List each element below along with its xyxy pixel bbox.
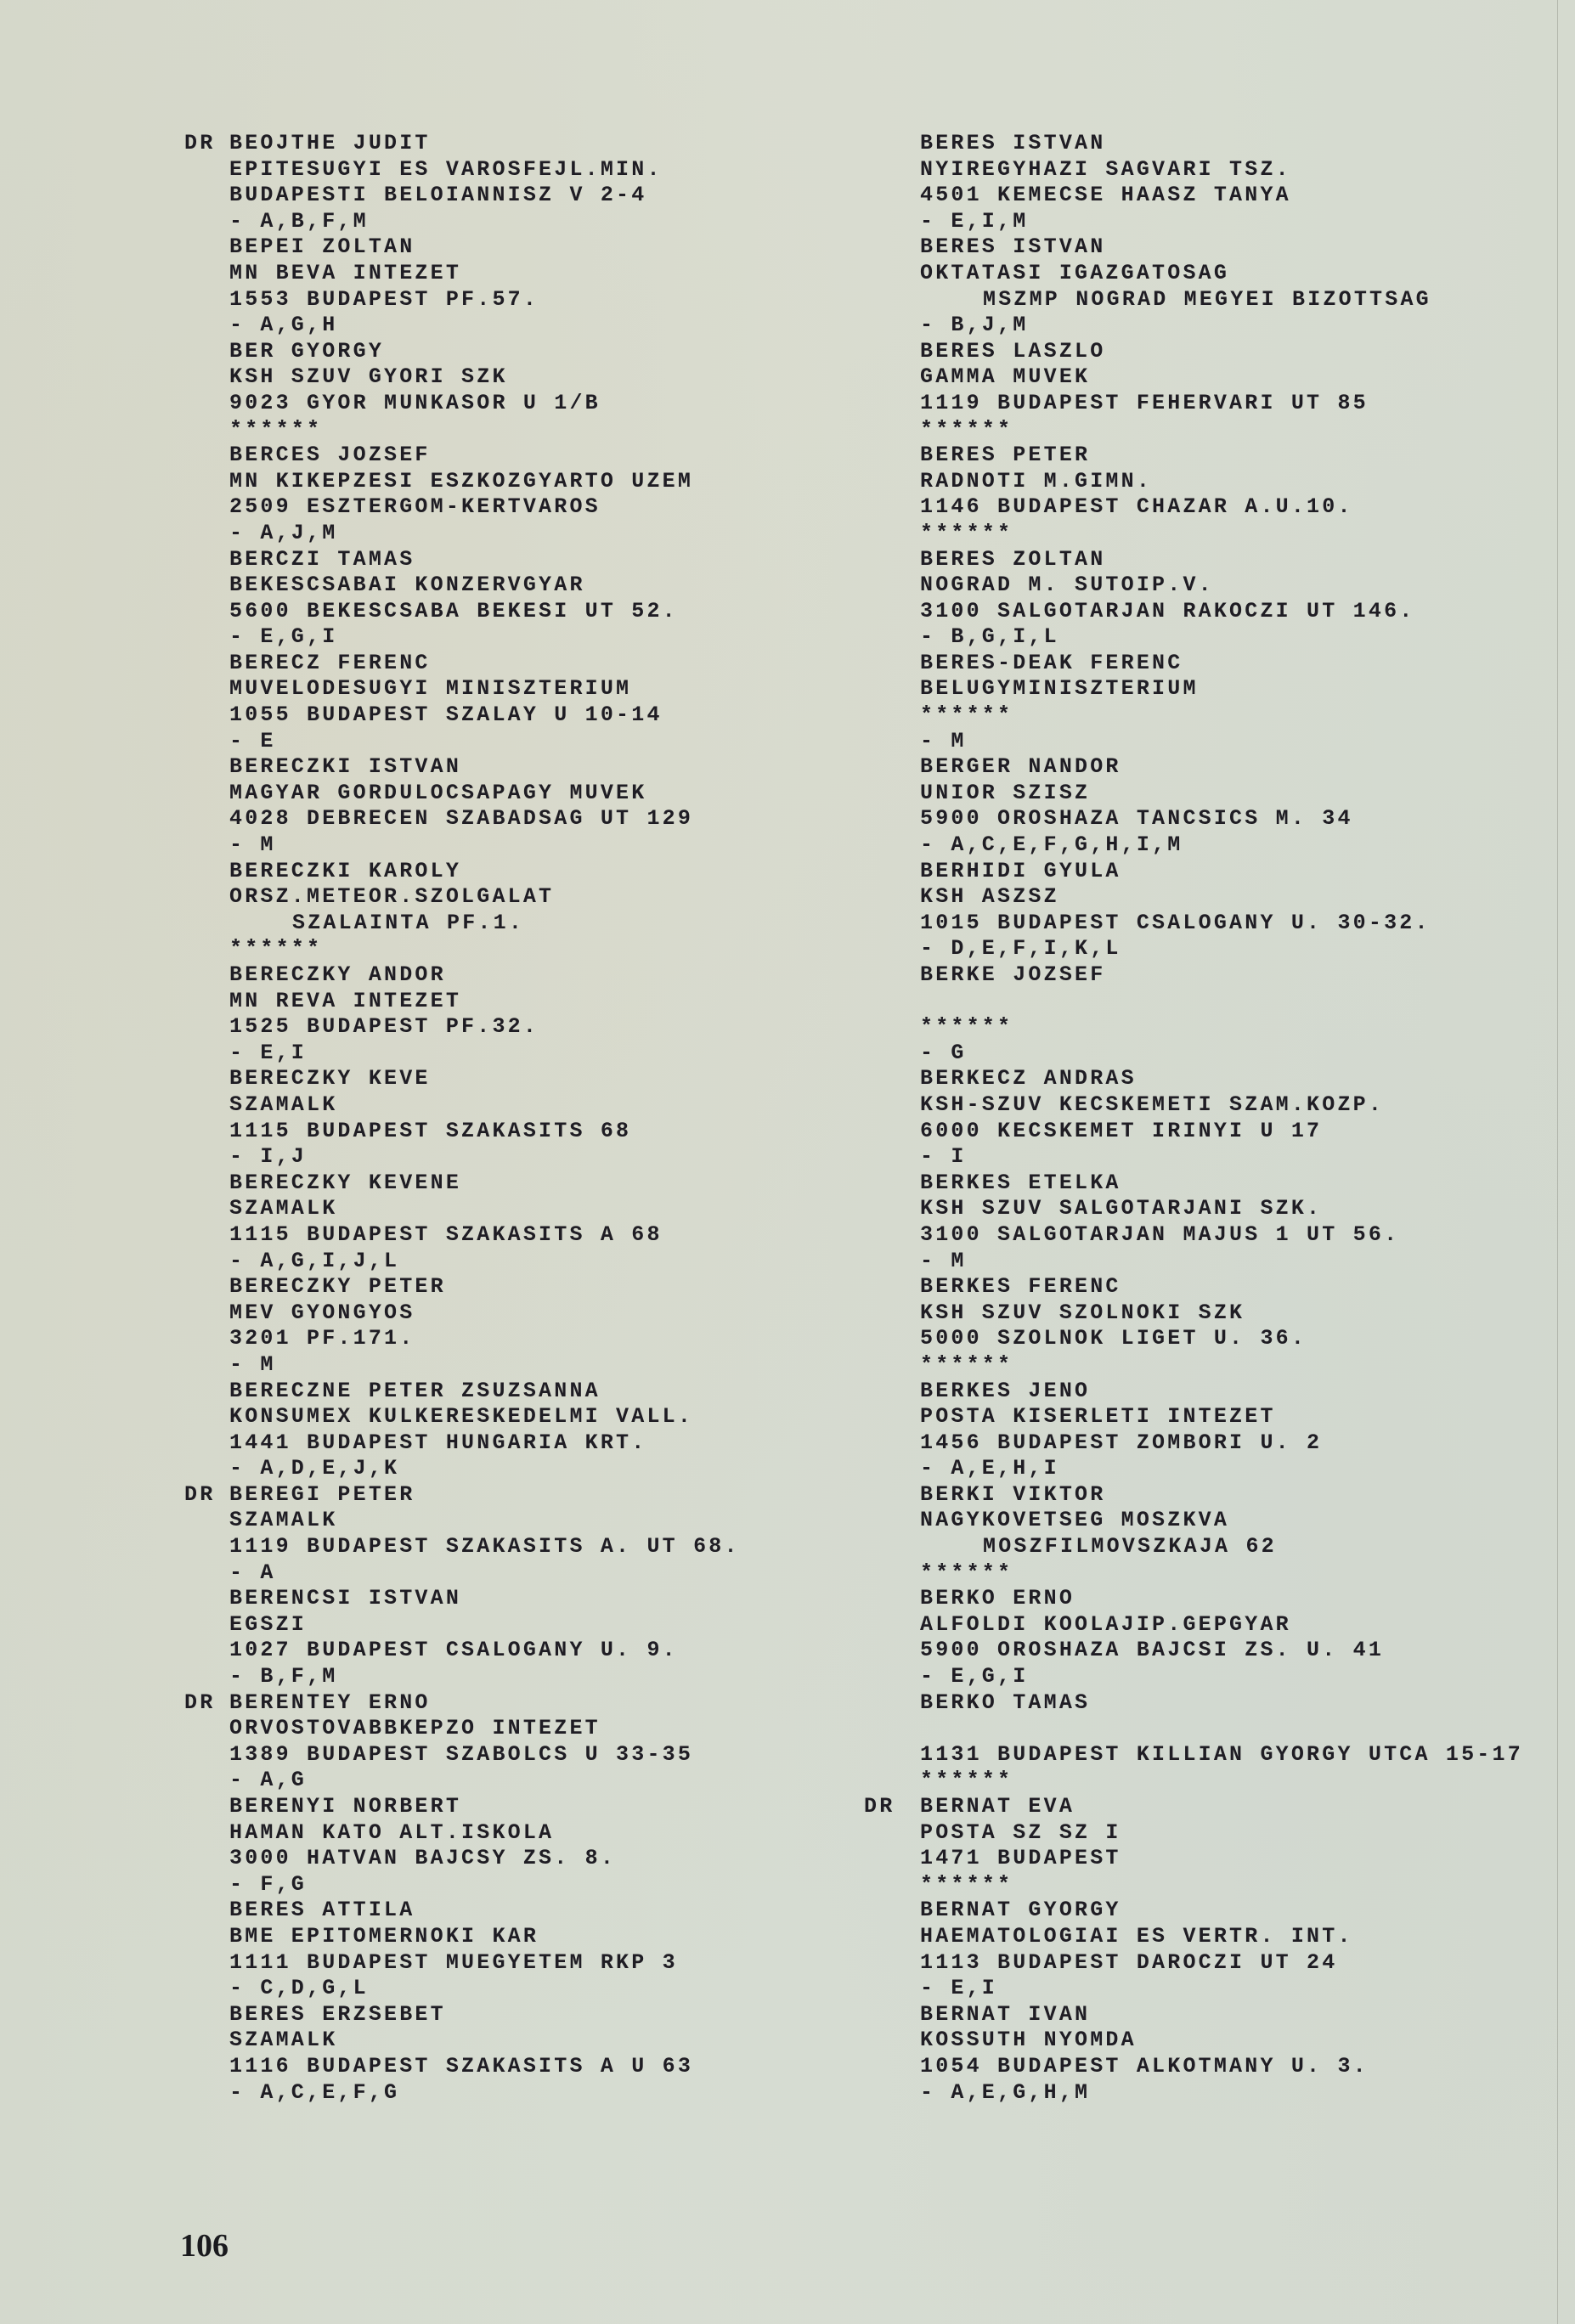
line-text: BERES ATTILA <box>229 1898 415 1922</box>
page-number: 106 <box>180 2227 229 2265</box>
line-text: - C,D,G,L <box>229 1976 369 2000</box>
separator-asterisks: ****** <box>184 936 847 962</box>
line-text: - B,J,M <box>920 313 1028 337</box>
directory-line: BERES PETER <box>864 443 1569 469</box>
line-text: UNIOR SZISZ <box>920 781 1090 805</box>
line-text: 1525 BUDAPEST PF.32. <box>229 1014 539 1039</box>
line-text: 3000 HATVAN BAJCSY ZS. 8. <box>229 1846 616 1870</box>
address-line: 5600 BEKESCSABA BEKESI UT 52. <box>184 599 847 625</box>
line-text: BERES ZOLTAN <box>920 547 1105 572</box>
line-text: SZAMALK <box>229 1508 337 1532</box>
line-text: 1113 BUDAPEST DAROCZI UT 24 <box>920 1950 1337 1975</box>
directory-line: POSTA SZ SZ I <box>864 1820 1569 1847</box>
directory-line: BERGER NANDOR <box>864 754 1569 781</box>
directory-line: POSTA KISERLETI INTEZET <box>864 1404 1569 1430</box>
category-codes: - A,C,E,F,G,H,I,M <box>864 832 1569 859</box>
address-line: 1116 BUDAPEST SZAKASITS A U 63 <box>184 2054 847 2080</box>
separator-asterisks: ****** <box>864 521 1569 547</box>
address-line: 1146 BUDAPEST CHAZAR A.U.10. <box>864 494 1569 521</box>
line-text: BERKO ERNO <box>920 1586 1075 1610</box>
directory-line: BERES ERZSEBET <box>184 2002 847 2028</box>
category-codes: - A,G <box>184 1768 847 1794</box>
directory-line: BERES LASZLO <box>864 339 1569 365</box>
line-text: ALFOLDI KOOLAJIP.GEPGYAR <box>920 1612 1291 1637</box>
directory-line: MN KIKEPZESI ESZKOZGYARTO UZEM <box>184 469 847 495</box>
category-codes: - A,G,I,J,L <box>184 1249 847 1275</box>
directory-line: BERNAT GYORGY <box>864 1898 1569 1924</box>
line-text: BEPEI ZOLTAN <box>229 234 415 259</box>
category-codes: - M <box>864 729 1569 755</box>
directory-column-right: BERES ISTVANNYIREGYHAZI SAGVARI TSZ.4501… <box>864 131 1569 2106</box>
title-prefix: DR <box>864 1794 895 1820</box>
line-text: BERKES JENO <box>920 1379 1090 1403</box>
directory-line: BERES-DEAK FERENC <box>864 651 1569 677</box>
line-text: MAGYAR GORDULOCSAPAGY MUVEK <box>229 781 646 805</box>
separator-asterisks: ****** <box>864 1560 1569 1587</box>
line-text: 1441 BUDAPEST HUNGARIA KRT. <box>229 1430 646 1455</box>
directory-line: KOSSUTH NYOMDA <box>864 2028 1569 2054</box>
directory-line: SZAMALK <box>184 1196 847 1222</box>
directory-line: NAGYKOVETSEG MOSZKVA <box>864 1508 1569 1534</box>
line-text: SZALAINTA PF.1. <box>229 911 524 935</box>
directory-line: BEPEI ZOLTAN <box>184 234 847 261</box>
line-text: BEOJTHE JUDIT <box>229 131 431 155</box>
address-line: 2509 ESZTERGOM-KERTVAROS <box>184 494 847 521</box>
line-text: - M <box>920 1249 967 1273</box>
line-text: BERES ISTVAN <box>920 234 1105 259</box>
line-text: - E <box>229 729 276 753</box>
directory-line: BERKES FERENC <box>864 1274 1569 1300</box>
directory-line: BERCES JOZSEF <box>184 443 847 469</box>
directory-line: BER GYORGY <box>184 339 847 365</box>
address-line: 1015 BUDAPEST CSALOGANY U. 30-32. <box>864 911 1569 937</box>
directory-line: DRBEREGI PETER <box>184 1482 847 1509</box>
line-text: BERENCSI ISTVAN <box>229 1586 461 1610</box>
category-codes: - I <box>864 1144 1569 1170</box>
directory-line: MOSZFILMOVSZKAJA 62 <box>864 1534 1569 1560</box>
line-text: SZAMALK <box>229 1196 337 1221</box>
directory-line: BELUGYMINISZTERIUM <box>864 676 1569 702</box>
line-text: 1131 BUDAPEST KILLIAN GYORGY UTCA 15-17 <box>920 1742 1523 1767</box>
line-text: KSH-SZUV KECSKEMETI SZAM.KOZP. <box>920 1092 1384 1117</box>
directory-line: UNIOR SZISZ <box>864 781 1569 807</box>
line-text: ****** <box>920 1872 1013 1897</box>
line-text: 5900 OROSHAZA TANCSICS M. 34 <box>920 806 1353 831</box>
directory-line: KSH SZUV GYORI SZK <box>184 364 847 391</box>
line-text: 1471 BUDAPEST <box>920 1846 1121 1870</box>
directory-line: BERKI VIKTOR <box>864 1482 1569 1509</box>
line-text: EPITESUGYI ES VAROSFEJL.MIN. <box>229 157 663 182</box>
line-text: - A,C,E,F,G <box>229 2080 399 2105</box>
line-text: BEKESCSABAI KONZERVGYAR <box>229 573 585 597</box>
address-line: 1131 BUDAPEST KILLIAN GYORGY UTCA 15-17 <box>864 1742 1569 1768</box>
directory-line: MSZMP NOGRAD MEGYEI BIZOTTSAG <box>864 287 1569 313</box>
line-text: 3201 PF.171. <box>229 1326 415 1351</box>
address-line: 1119 BUDAPEST SZAKASITS A. UT 68. <box>184 1534 847 1560</box>
line-text: KSH SZUV SALGOTARJANI SZK. <box>920 1196 1322 1221</box>
line-text: 9023 GYOR MUNKASOR U 1/B <box>229 391 601 415</box>
directory-line: BME EPITOMERNOKI KAR <box>184 1924 847 1950</box>
category-codes: - A,E,G,H,M <box>864 2080 1569 2107</box>
line-text: MSZMP NOGRAD MEGYEI BIZOTTSAG <box>920 287 1431 312</box>
line-text: HAMAN KATO ALT.ISKOLA <box>229 1820 554 1845</box>
line-text: - E,G,I <box>229 624 337 649</box>
line-text: - B,F,M <box>229 1664 337 1689</box>
line-text: BERECZKI KAROLY <box>229 859 461 883</box>
line-text: ****** <box>920 417 1013 442</box>
line-text: KONSUMEX KULKERESKEDELMI VALL. <box>229 1404 693 1429</box>
separator-asterisks: ****** <box>864 1352 1569 1379</box>
directory-line: MUVELODESUGYI MINISZTERIUM <box>184 676 847 702</box>
line-text: POSTA SZ SZ I <box>920 1820 1121 1845</box>
line-text: BERECZKI ISTVAN <box>229 754 461 779</box>
category-codes: - A,B,F,M <box>184 209 847 235</box>
line-text: 4501 KEMECSE HAASZ TANYA <box>920 183 1291 207</box>
directory-line: NOGRAD M. SUTOIP.V. <box>864 573 1569 599</box>
directory-line: SZALAINTA PF.1. <box>184 911 847 937</box>
line-text: 3100 SALGOTARJAN RAKOCZI UT 146. <box>920 599 1414 623</box>
category-codes: - E,I <box>864 1976 1569 2002</box>
address-line: 9023 GYOR MUNKASOR U 1/B <box>184 391 847 417</box>
separator-asterisks: ****** <box>864 1014 1569 1041</box>
directory-line: BERES ISTVAN <box>864 234 1569 261</box>
address-line: 4028 DEBRECEN SZABADSAG UT 129 <box>184 806 847 832</box>
line-text: 1146 BUDAPEST CHAZAR A.U.10. <box>920 494 1353 519</box>
line-text: BER GYORGY <box>229 339 384 364</box>
line-text: SZAMALK <box>229 1092 337 1117</box>
category-codes: - E,G,I <box>864 1664 1569 1690</box>
line-text: BERECZKY ANDOR <box>229 962 446 987</box>
directory-line: HAMAN KATO ALT.ISKOLA <box>184 1820 847 1847</box>
line-text: - A,E,H,I <box>920 1456 1059 1481</box>
line-text: NOGRAD M. SUTOIP.V. <box>920 573 1214 597</box>
directory-column-left: DRBEOJTHE JUDITEPITESUGYI ES VAROSFEJL.M… <box>184 131 847 2106</box>
line-text: MUVELODESUGYI MINISZTERIUM <box>229 676 631 701</box>
address-line: 1119 BUDAPEST FEHERVARI UT 85 <box>864 391 1569 417</box>
line-text: - I,J <box>229 1144 307 1169</box>
line-text: BERKES FERENC <box>920 1274 1121 1299</box>
address-line: 1055 BUDAPEST SZALAY U 10-14 <box>184 702 847 729</box>
line-text: - A,G <box>229 1768 307 1792</box>
directory-line: BERKE JOZSEF <box>864 962 1569 989</box>
line-text: - A,C,E,F,G,H,I,M <box>920 832 1183 857</box>
line-text: BERKES ETELKA <box>920 1170 1121 1195</box>
line-text: MN REVA INTEZET <box>229 989 461 1013</box>
line-text: 1055 BUDAPEST SZALAY U 10-14 <box>229 702 663 727</box>
line-text: 1553 BUDAPEST PF.57. <box>229 287 539 312</box>
line-text: - E,G,I <box>920 1664 1028 1689</box>
address-line: 1054 BUDAPEST ALKOTMANY U. 3. <box>864 2054 1569 2080</box>
directory-line: BERKO ERNO <box>864 1586 1569 1612</box>
directory-line: KSH ASZSZ <box>864 884 1569 911</box>
directory-line: BERECZ FERENC <box>184 651 847 677</box>
line-text: HAEMATOLOGIAI ES VERTR. INT. <box>920 1924 1353 1949</box>
directory-line: ORVOSTOVABBKEPZO INTEZET <box>184 1716 847 1742</box>
directory-line: EPITESUGYI ES VAROSFEJL.MIN. <box>184 157 847 183</box>
line-text: BERECZKY PETER <box>229 1274 446 1299</box>
line-text: BERCES JOZSEF <box>229 443 431 467</box>
directory-line: KSH-SZUV KECSKEMETI SZAM.KOZP. <box>864 1092 1569 1119</box>
directory-line: MN REVA INTEZET <box>184 989 847 1015</box>
address-line: 1525 BUDAPEST PF.32. <box>184 1014 847 1041</box>
directory-line: KSH SZUV SALGOTARJANI SZK. <box>864 1196 1569 1222</box>
line-text: 1116 BUDAPEST SZAKASITS A U 63 <box>229 2054 693 2079</box>
directory-line: DRBERENTEY ERNO <box>184 1690 847 1717</box>
line-text: - M <box>920 729 967 753</box>
category-codes: - B,F,M <box>184 1664 847 1690</box>
line-text: RADNOTI M.GIMN. <box>920 469 1152 494</box>
directory-line: BERENCSI ISTVAN <box>184 1586 847 1612</box>
line-text: BERGER NANDOR <box>920 754 1121 779</box>
directory-line: KONSUMEX KULKERESKEDELMI VALL. <box>184 1404 847 1430</box>
address-line: 5900 OROSHAZA TANCSICS M. 34 <box>864 806 1569 832</box>
address-line: 3201 PF.171. <box>184 1326 847 1352</box>
line-text: BERES LASZLO <box>920 339 1105 364</box>
line-text: ****** <box>920 1352 1013 1377</box>
directory-line: MN BEVA INTEZET <box>184 261 847 287</box>
line-text: BERECZKY KEVENE <box>229 1170 461 1195</box>
line-text: ORSZ.METEOR.SZOLGALAT <box>229 884 554 909</box>
directory-line: BERECZKI KAROLY <box>184 859 847 885</box>
line-text: 1115 BUDAPEST SZAKASITS A 68 <box>229 1222 663 1247</box>
category-codes: - M <box>184 832 847 859</box>
line-text: BERKECZ ANDRAS <box>920 1066 1137 1091</box>
line-text: BERES-DEAK FERENC <box>920 651 1183 675</box>
line-text: - A,J,M <box>229 521 337 545</box>
line-text: OKTATASI IGAZGATOSAG <box>920 261 1229 285</box>
line-text: 1119 BUDAPEST SZAKASITS A. UT 68. <box>229 1534 740 1559</box>
line-text: - A,B,F,M <box>229 209 369 234</box>
category-codes: - A,C,E,F,G <box>184 2080 847 2107</box>
directory-line: ORSZ.METEOR.SZOLGALAT <box>184 884 847 911</box>
category-codes: - A,E,H,I <box>864 1456 1569 1482</box>
category-codes: - A,D,E,J,K <box>184 1456 847 1482</box>
category-codes: - F,G <box>184 1872 847 1898</box>
directory-line: BERES ATTILA <box>184 1898 847 1924</box>
directory-line: BERECZKI ISTVAN <box>184 754 847 781</box>
line-text: - D,E,F,I,K,L <box>920 936 1121 961</box>
line-text: BUDAPESTI BELOIANNISZ V 2-4 <box>229 183 646 207</box>
line-text: BEREGI PETER <box>229 1482 415 1507</box>
line-text: - E,I <box>229 1041 307 1065</box>
line-text: BERECZ FERENC <box>229 651 431 675</box>
category-codes: - A,G,H <box>184 313 847 339</box>
category-codes: - C,D,G,L <box>184 1976 847 2002</box>
directory-line <box>864 989 1569 1015</box>
address-line: 1471 BUDAPEST <box>864 1846 1569 1872</box>
line-text: - I <box>920 1144 967 1169</box>
line-text: KSH SZUV SZOLNOKI SZK <box>920 1300 1245 1325</box>
address-line: 1456 BUDAPEST ZOMBORI U. 2 <box>864 1430 1569 1457</box>
address-line: 6000 KECSKEMET IRINYI U 17 <box>864 1119 1569 1145</box>
line-text: 5600 BEKESCSABA BEKESI UT 52. <box>229 599 678 623</box>
line-text: BERES PETER <box>920 443 1090 467</box>
directory-line: DRBERNAT EVA <box>864 1794 1569 1820</box>
directory-line: NYIREGYHAZI SAGVARI TSZ. <box>864 157 1569 183</box>
address-line: 1027 BUDAPEST CSALOGANY U. 9. <box>184 1638 847 1664</box>
directory-line: BERKECZ ANDRAS <box>864 1066 1569 1092</box>
line-text: - A <box>229 1560 276 1585</box>
line-text: 1027 BUDAPEST CSALOGANY U. 9. <box>229 1638 678 1662</box>
line-text: ****** <box>229 417 322 442</box>
directory-line: SZAMALK <box>184 1508 847 1534</box>
line-text: BERECZKY KEVE <box>229 1066 431 1091</box>
address-line: 3100 SALGOTARJAN MAJUS 1 UT 56. <box>864 1222 1569 1249</box>
line-text: SZAMALK <box>229 2028 337 2052</box>
line-text: ****** <box>229 936 322 961</box>
line-text: MN KIKEPZESI ESZKOZGYARTO UZEM <box>229 469 693 494</box>
line-text: - E,I,M <box>920 209 1028 234</box>
directory-line: HAEMATOLOGIAI ES VERTR. INT. <box>864 1924 1569 1950</box>
line-text: ****** <box>920 1560 1013 1585</box>
directory-line: EGSZI <box>184 1612 847 1639</box>
line-text: 5000 SZOLNOK LIGET U. 36. <box>920 1326 1307 1351</box>
line-text: ****** <box>920 702 1013 727</box>
line-text: BERNAT IVAN <box>920 2002 1090 2027</box>
line-text: BERES ISTVAN <box>920 131 1105 155</box>
line-text: KOSSUTH NYOMDA <box>920 2028 1137 2052</box>
directory-line: BERNAT IVAN <box>864 2002 1569 2028</box>
category-codes: - E,G,I <box>184 624 847 651</box>
line-text: EGSZI <box>229 1612 307 1637</box>
line-text: - F,G <box>229 1872 307 1897</box>
line-text: BERES ERZSEBET <box>229 2002 446 2027</box>
line-text: 1054 BUDAPEST ALKOTMANY U. 3. <box>920 2054 1369 2079</box>
category-codes: - D,E,F,I,K,L <box>864 936 1569 962</box>
address-line: 1389 BUDAPEST SZABOLCS U 33-35 <box>184 1742 847 1768</box>
address-line: 3000 HATVAN BAJCSY ZS. 8. <box>184 1846 847 1872</box>
line-text: - G <box>920 1041 967 1065</box>
title-prefix: DR <box>184 1482 215 1509</box>
title-prefix: DR <box>184 1690 215 1717</box>
directory-line: MAGYAR GORDULOCSAPAGY MUVEK <box>184 781 847 807</box>
separator-asterisks: ****** <box>864 417 1569 443</box>
line-text: 1015 BUDAPEST CSALOGANY U. 30-32. <box>920 911 1431 935</box>
line-text: - B,G,I,L <box>920 624 1059 649</box>
line-text: 1111 BUDAPEST MUEGYETEM RKP 3 <box>229 1950 678 1975</box>
separator-asterisks: ****** <box>864 702 1569 729</box>
line-text: BERHIDI GYULA <box>920 859 1121 883</box>
directory-line: SZAMALK <box>184 2028 847 2054</box>
line-text: KSH ASZSZ <box>920 884 1059 909</box>
line-text: BME EPITOMERNOKI KAR <box>229 1924 539 1949</box>
directory-line: BERKO TAMAS <box>864 1690 1569 1717</box>
line-text: GAMMA MUVEK <box>920 364 1090 389</box>
line-text: BERKO TAMAS <box>920 1690 1090 1715</box>
directory-line: BEKESCSABAI KONZERVGYAR <box>184 573 847 599</box>
line-text: - E,I <box>920 1976 997 2000</box>
directory-line: BERECZKY KEVE <box>184 1066 847 1092</box>
directory-line: BERECZKY KEVENE <box>184 1170 847 1197</box>
directory-line: BERENYI NORBERT <box>184 1794 847 1820</box>
separator-asterisks: ****** <box>864 1768 1569 1794</box>
line-text: 1119 BUDAPEST FEHERVARI UT 85 <box>920 391 1369 415</box>
line-text: BERCZI TAMAS <box>229 547 415 572</box>
category-codes: - E <box>184 729 847 755</box>
directory-line: OKTATASI IGAZGATOSAG <box>864 261 1569 287</box>
line-text: 1456 BUDAPEST ZOMBORI U. 2 <box>920 1430 1322 1455</box>
line-text: BERKE JOZSEF <box>920 962 1105 987</box>
category-codes: - M <box>864 1249 1569 1275</box>
line-text: - A,G,I,J,L <box>229 1249 399 1273</box>
line-text: - A,D,E,J,K <box>229 1456 399 1481</box>
line-text: MOSZFILMOVSZKAJA 62 <box>920 1534 1277 1559</box>
line-text: BERENTEY ERNO <box>229 1690 431 1715</box>
category-codes: - E,I <box>184 1041 847 1067</box>
directory-line: BERECZNE PETER ZSUZSANNA <box>184 1379 847 1405</box>
address-line: 3100 SALGOTARJAN RAKOCZI UT 146. <box>864 599 1569 625</box>
category-codes: - B,G,I,L <box>864 624 1569 651</box>
address-line: 1441 BUDAPEST HUNGARIA KRT. <box>184 1430 847 1457</box>
directory-line: SZAMALK <box>184 1092 847 1119</box>
line-text: KSH SZUV GYORI SZK <box>229 364 508 389</box>
address-line: 1113 BUDAPEST DAROCZI UT 24 <box>864 1950 1569 1977</box>
directory-line: KSH SZUV SZOLNOKI SZK <box>864 1300 1569 1327</box>
line-text: 3100 SALGOTARJAN MAJUS 1 UT 56. <box>920 1222 1399 1247</box>
line-text: BELUGYMINISZTERIUM <box>920 676 1199 701</box>
directory-line: BERKES JENO <box>864 1379 1569 1405</box>
line-text: ORVOSTOVABBKEPZO INTEZET <box>229 1716 601 1740</box>
category-codes: - M <box>184 1352 847 1379</box>
address-line: 4501 KEMECSE HAASZ TANYA <box>864 183 1569 209</box>
address-line: 1553 BUDAPEST PF.57. <box>184 287 847 313</box>
line-text: MEV GYONGYOS <box>229 1300 415 1325</box>
address-line: 1115 BUDAPEST SZAKASITS 68 <box>184 1119 847 1145</box>
line-text: MN BEVA INTEZET <box>229 261 461 285</box>
category-codes: - A <box>184 1560 847 1587</box>
line-text: - A,G,H <box>229 313 337 337</box>
line-text: 6000 KECSKEMET IRINYI U 17 <box>920 1119 1322 1143</box>
line-text: - A,E,G,H,M <box>920 2080 1090 2105</box>
line-text: 1389 BUDAPEST SZABOLCS U 33-35 <box>229 1742 693 1767</box>
directory-line: GAMMA MUVEK <box>864 364 1569 391</box>
address-line: 5000 SZOLNOK LIGET U. 36. <box>864 1326 1569 1352</box>
line-text: 1115 BUDAPEST SZAKASITS 68 <box>229 1119 631 1143</box>
category-codes: - G <box>864 1041 1569 1067</box>
directory-line: RADNOTI M.GIMN. <box>864 469 1569 495</box>
line-text: ****** <box>920 1768 1013 1792</box>
line-text: BERENYI NORBERT <box>229 1794 461 1819</box>
line-text: BERKI VIKTOR <box>920 1482 1105 1507</box>
line-text: POSTA KISERLETI INTEZET <box>920 1404 1276 1429</box>
line-text: 5900 OROSHAZA BAJCSI ZS. U. 41 <box>920 1638 1384 1662</box>
directory-line: BERCZI TAMAS <box>184 547 847 573</box>
category-codes: - A,J,M <box>184 521 847 547</box>
title-prefix: DR <box>184 131 215 157</box>
directory-line: BERES ZOLTAN <box>864 547 1569 573</box>
line-text: 2509 ESZTERGOM-KERTVAROS <box>229 494 601 519</box>
category-codes: - I,J <box>184 1144 847 1170</box>
line-text: BERNAT GYORGY <box>920 1898 1121 1922</box>
directory-line: BERES ISTVAN <box>864 131 1569 157</box>
separator-asterisks: ****** <box>184 417 847 443</box>
directory-line: ALFOLDI KOOLAJIP.GEPGYAR <box>864 1612 1569 1639</box>
directory-line: BUDAPESTI BELOIANNISZ V 2-4 <box>184 183 847 209</box>
line-text: - M <box>229 1352 276 1377</box>
address-line: 1111 BUDAPEST MUEGYETEM RKP 3 <box>184 1950 847 1977</box>
category-codes: - E,I,M <box>864 209 1569 235</box>
directory-line: DRBEOJTHE JUDIT <box>184 131 847 157</box>
directory-line: MEV GYONGYOS <box>184 1300 847 1327</box>
directory-line: BERKES ETELKA <box>864 1170 1569 1197</box>
line-text: NYIREGYHAZI SAGVARI TSZ. <box>920 157 1291 182</box>
category-codes: - B,J,M <box>864 313 1569 339</box>
directory-line: BERECZKY PETER <box>184 1274 847 1300</box>
line-text: BERECZNE PETER ZSUZSANNA <box>229 1379 601 1403</box>
address-line: 1115 BUDAPEST SZAKASITS A 68 <box>184 1222 847 1249</box>
directory-line <box>864 1716 1569 1742</box>
line-text: 4028 DEBRECEN SZABADSAG UT 129 <box>229 806 693 831</box>
